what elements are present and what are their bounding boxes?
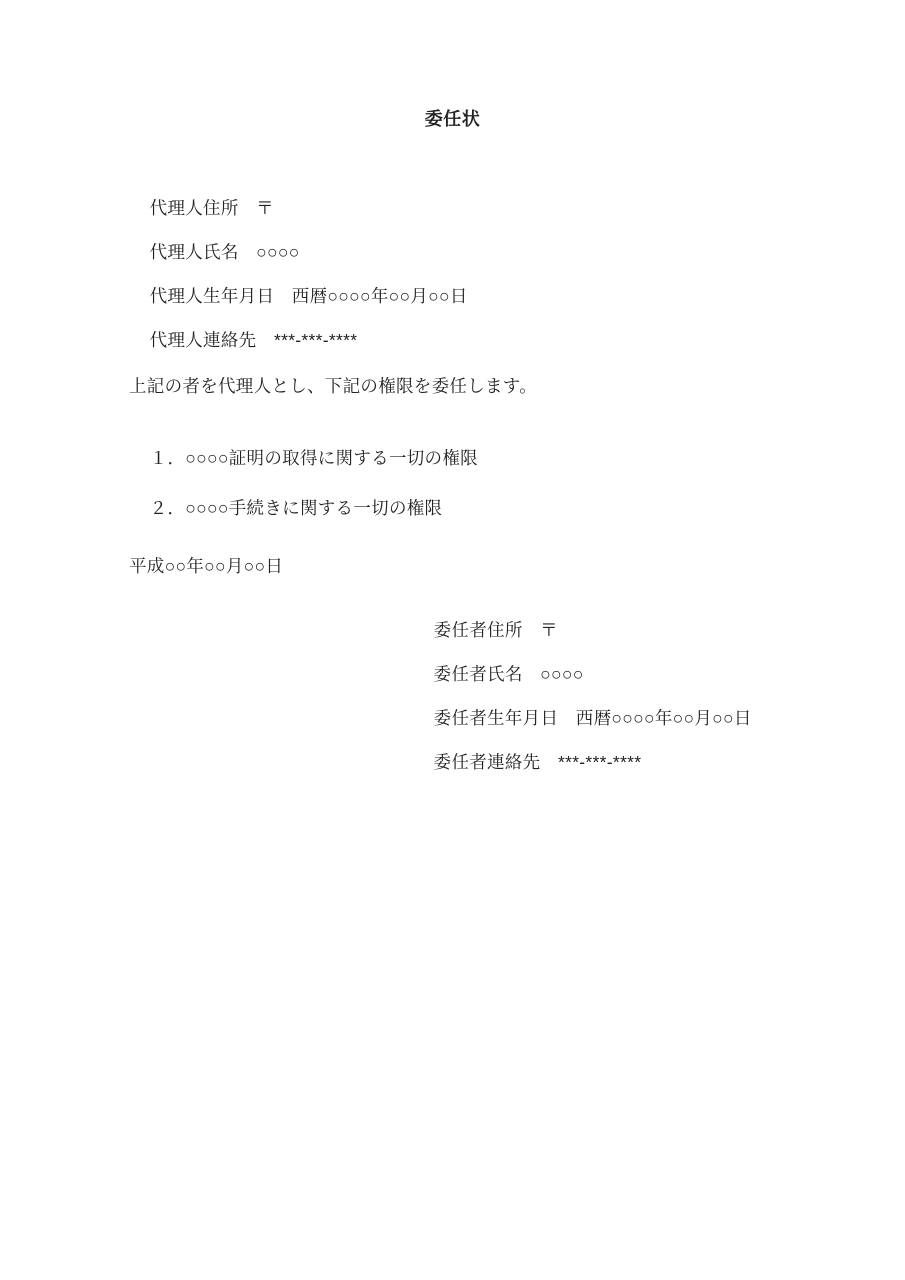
agent-name-label: 代理人氏名 [150, 242, 239, 262]
document-page: 委任状 代理人住所〒 代理人氏名○○○○ 代理人生年月日西暦○○○○年○○月○○… [0, 0, 905, 1280]
agent-address-value: 〒 [256, 198, 274, 218]
document-title: 委任状 [0, 109, 905, 131]
agent-name-value: ○○○○ [256, 242, 299, 262]
principal-address-label: 委任者住所 [434, 620, 523, 640]
principal-contact-value: ***-***-**** [558, 752, 641, 772]
principal-address-value: 〒 [540, 620, 558, 640]
delegation-statement: 上記の者を代理人とし、下記の権限を委任します。 [129, 376, 537, 396]
authority-item-1-text: ○○○○証明の取得に関する一切の権限 [185, 448, 478, 468]
agent-contact-value: ***-***-**** [274, 330, 357, 350]
authority-item-2-number: ２． [150, 498, 186, 518]
agent-birthdate-label: 代理人生年月日 [150, 286, 275, 306]
document-date: 平成○○年○○月○○日 [129, 556, 283, 576]
authority-item-1-number: １． [150, 448, 186, 468]
principal-birthdate-value: 西暦○○○○年○○月○○日 [576, 708, 752, 728]
agent-contact-line: 代理人連絡先***-***-**** [129, 310, 357, 370]
principal-contact-label: 委任者連絡先 [434, 752, 541, 772]
principal-name-value: ○○○○ [540, 664, 583, 684]
agent-address-label: 代理人住所 [150, 198, 239, 218]
agent-birthdate-value: 西暦○○○○年○○月○○日 [292, 286, 468, 306]
agent-contact-label: 代理人連絡先 [150, 330, 257, 350]
authority-item-2-text: ○○○○手続きに関する一切の権限 [185, 498, 442, 518]
principal-name-label: 委任者氏名 [434, 664, 523, 684]
principal-birthdate-label: 委任者生年月日 [434, 708, 559, 728]
principal-contact-line: 委任者連絡先***-***-**** [413, 732, 641, 792]
authority-item-2: ２．○○○○手続きに関する一切の権限 [129, 478, 442, 538]
